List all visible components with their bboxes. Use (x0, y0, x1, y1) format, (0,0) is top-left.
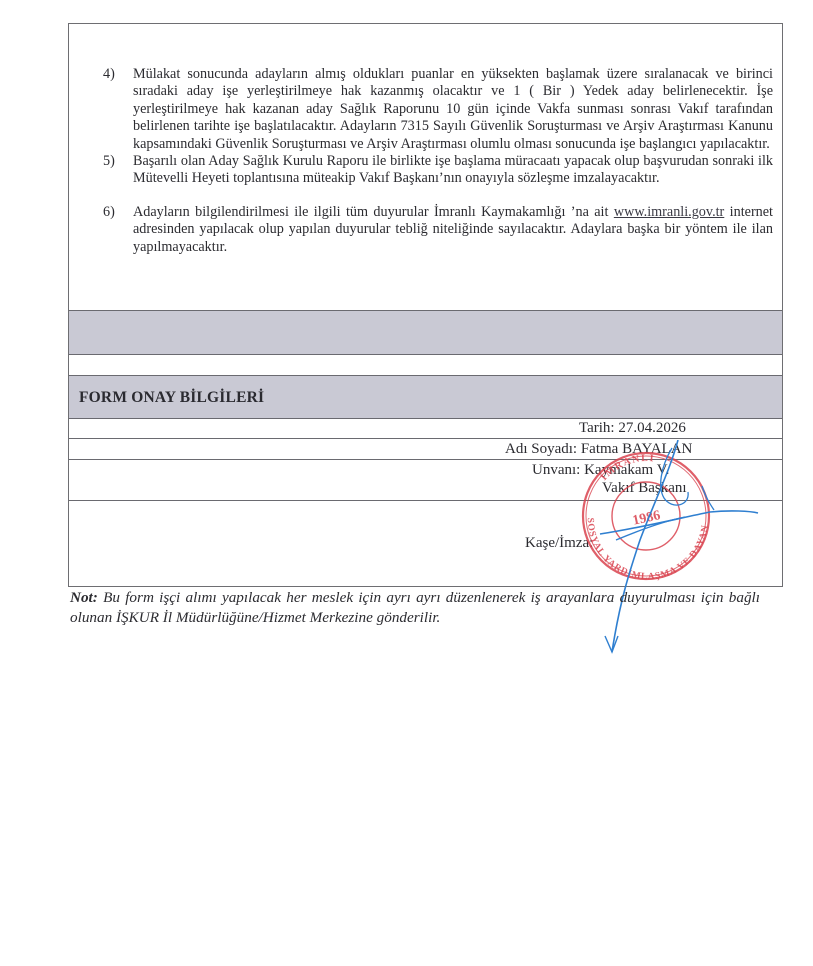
approval-title-line1: Unvanı: Kaymakam V. (532, 461, 669, 479)
item-text: Mülakat sonucunda adayların almış oldukl… (133, 66, 773, 152)
item-number: 6) (103, 204, 115, 221)
empty-gray-band (69, 310, 782, 355)
row-divider (69, 459, 782, 460)
conditions-list: 4) Mülakat sonucunda adayların almış old… (69, 66, 784, 256)
footer-note: Not: Bu form işçi alımı yapılacak her me… (70, 588, 760, 628)
item-text-before-link: Adayların bilgilendirilmesi ile ilgili t… (133, 204, 614, 220)
list-item: 4) Mülakat sonucunda adayların almış old… (69, 66, 784, 153)
section-title: FORM ONAY BİLGİLERİ (79, 389, 264, 407)
note-label: Not: (70, 589, 98, 606)
form-box: 4) Mülakat sonucunda adayların almış old… (68, 23, 783, 587)
item-text: Başarılı olan Aday Sağlık Kurulu Raporu … (133, 153, 773, 186)
note-text: Bu form işçi alımı yapılacak her meslek … (70, 589, 760, 626)
list-item: 6) Adayların bilgilendirilmesi ile ilgil… (69, 204, 784, 256)
approval-section-header: FORM ONAY BİLGİLERİ (69, 375, 782, 419)
approval-title-line2: Vakıf Başkanı (602, 479, 687, 497)
list-item: 5) Başarılı olan Aday Sağlık Kurulu Rapo… (69, 153, 784, 188)
approval-name: Adı Soyadı: Fatma BAYALAN (505, 440, 692, 458)
seal-signature-label: Kaşe/İmza: (525, 534, 593, 552)
item-number: 5) (103, 153, 115, 170)
row-divider (69, 500, 782, 501)
website-link[interactable]: www.imranli.gov.tr (614, 204, 724, 220)
approval-date: Tarih: 27.04.2026 (579, 419, 686, 437)
item-number: 4) (103, 66, 115, 83)
row-divider (69, 438, 782, 439)
